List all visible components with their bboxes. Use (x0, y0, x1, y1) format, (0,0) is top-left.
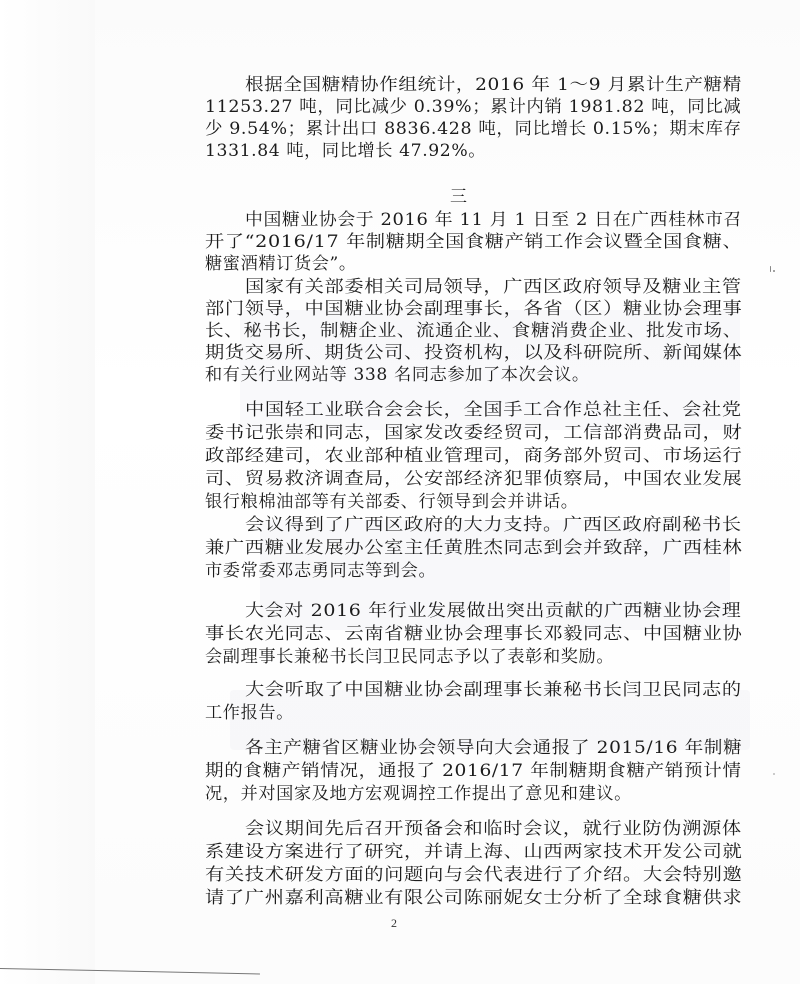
text-line: 会议得到了广西区政府的大力支持。广西区政府副秘书长 (245, 514, 742, 536)
text-line: 大会对 2016 年行业发展做出突出贡献的广西糖业协会理 (245, 600, 741, 622)
text-line: 期货交易所、期货公司、投资机构，以及科研院所、新闻媒体 (205, 342, 742, 364)
text-line: 工作报告。 (205, 702, 294, 724)
text-line: 大会听取了中国糖业协会副理事长兼秘书长闫卫民同志的 (245, 679, 742, 701)
scan-speck (773, 773, 775, 775)
text-line: 期的食糖产销情况，通报了 2016/17 年制糖期食糖产销预计情 (205, 760, 742, 782)
text-line: 请了广州嘉利高糖业有限公司陈丽妮女士分析了全球食糖供求 (205, 887, 742, 909)
text-line: 和有关行业网站等 338 名同志参加了本次会议。 (205, 364, 590, 386)
text-line: 部门领导，中国糖业协会副理事长，各省（区）糖业协会理事 (205, 298, 742, 320)
text-line: 会议期间先后召开预备会和临时会议，就行业防伪溯源体 (245, 818, 742, 840)
text-line: 少 9.54%；累计出口 8836.428 吨，同比增长 0.15%；期末库存 (205, 118, 742, 140)
page-number: 2 (391, 916, 397, 931)
text-line: 有关技术研发方面的问题向与会代表进行了介绍。大会特别邀 (205, 864, 742, 886)
text-line: 国家有关部委相关司局领导，广西区政府领导及糖业主管 (245, 276, 742, 298)
text-line: 中国糖业协会于 2016 年 11 月 1 日至 2 日在广西桂林市召 (245, 209, 742, 231)
text-line: 司、贸易救济调查局，公安部经济犯罪侦察局，中国农业发展 (205, 468, 742, 490)
text-line: 开了“2016/17 年制糖期全国食糖产销工作会议暨全国食糖、 (205, 231, 742, 253)
scan-margin-shadow (0, 0, 95, 984)
scanned-document-page: 根据全国糖精协作组统计，2016 年 1～9 月累计生产糖精 11253.27 … (0, 0, 800, 984)
text-line: 银行粮棉油部等有关部委、行领导到会并讲话。 (205, 491, 579, 513)
text-line: 长、秘书长，制糖企业、流通企业、食糖消费企业、批发市场、 (205, 320, 742, 342)
text-line: 各主产糖省区糖业协会领导向大会通报了 2015/16 年制糖 (245, 737, 742, 759)
text-line: 市委常委邓志勇同志等到会。 (205, 560, 436, 582)
text-line: 1331.84 吨，同比增长 47.92%。 (205, 140, 486, 162)
text-line: 11253.27 吨，同比减少 0.39%；累计内销 1981.82 吨，同比减 (205, 96, 741, 118)
text-line: 政部经建司，农业部种植业管理司，商务部外贸司、市场运行 (205, 445, 742, 467)
text-line: 中国轻工业联合会会长，全国手工合作总社主任、会社党 (245, 399, 742, 421)
scan-speck (773, 270, 775, 272)
text-line: 况，并对国家及地方宏观调控工作提出了意见和建议。 (205, 783, 632, 805)
section-heading: 三 (450, 186, 467, 208)
text-line: 根据全国糖精协作组统计，2016 年 1～9 月累计生产糖精 (245, 74, 742, 96)
text-line: 系建设方案进行了研究，并请上海、山西两家技术开发公司就 (205, 841, 742, 863)
text-line: 兼广西糖业发展办公室主任黄胜杰同志到会并致辞，广西桂林 (205, 537, 742, 559)
scan-speck (770, 266, 771, 272)
text-line: 会副理事长兼秘书长闫卫民同志予以了表彰和奖励。 (205, 646, 614, 668)
text-line: 委书记张崇和同志，国家发改委经贸司，工信部消费品司，财 (205, 422, 742, 444)
text-line: 事长农光同志、云南省糖业协会理事长邓毅同志、中国糖业协 (205, 623, 742, 645)
text-line: 糖蜜酒精订货会”。 (205, 253, 357, 275)
